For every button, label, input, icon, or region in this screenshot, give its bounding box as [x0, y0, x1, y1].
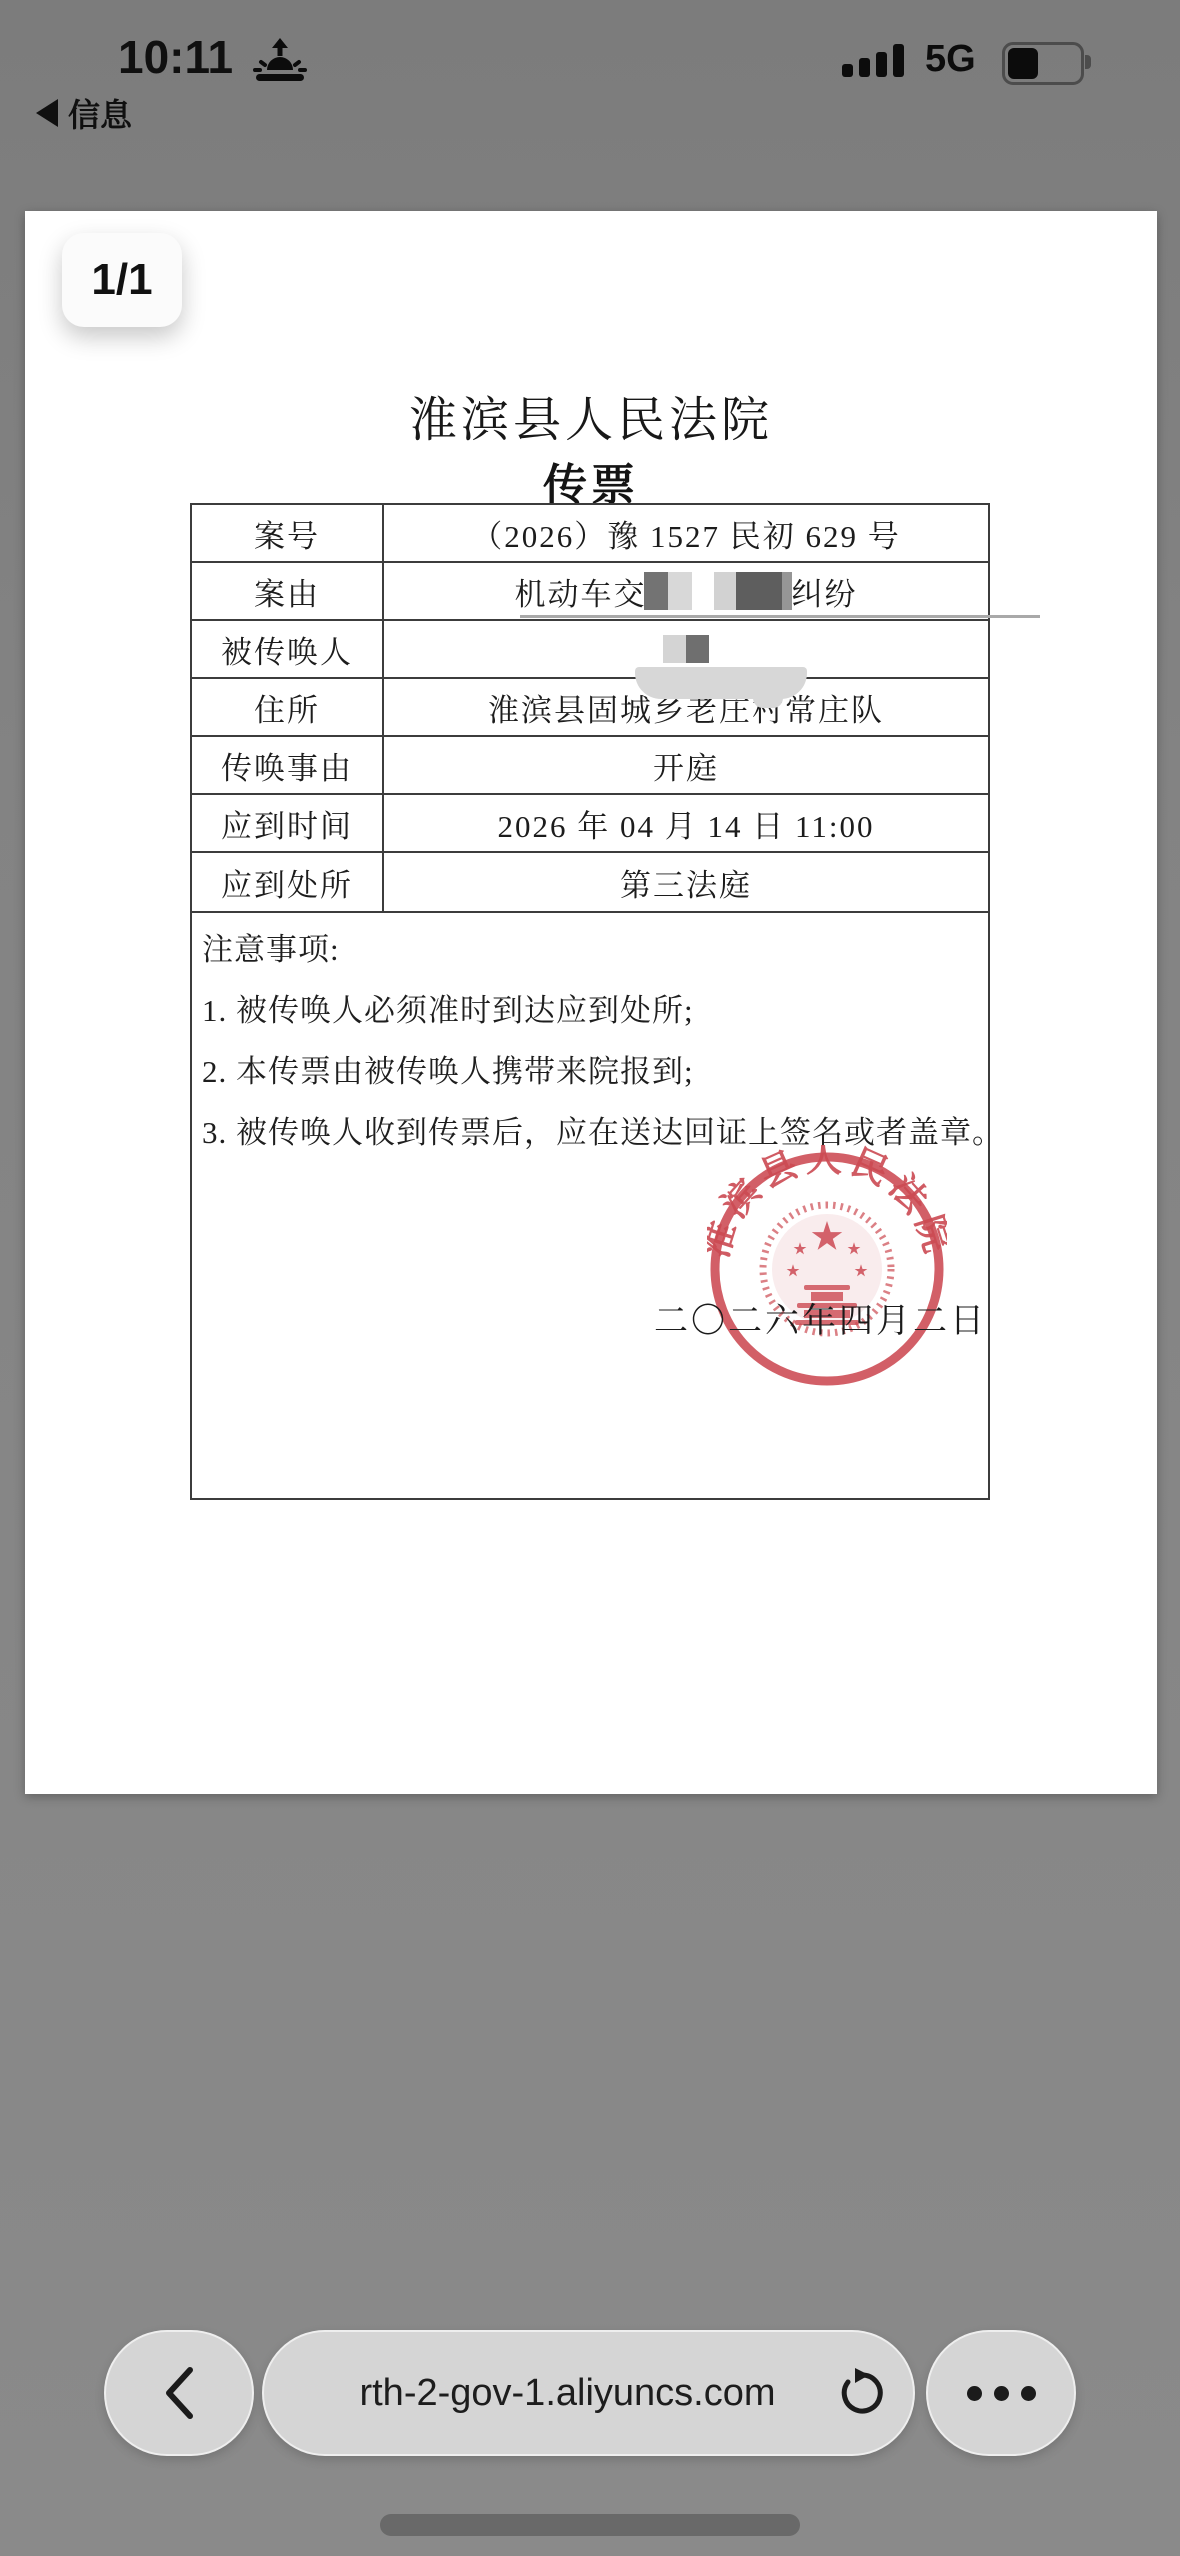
table-row: 应到处所 第三法庭 [192, 853, 988, 911]
notes-item: 2. 本传票由被传唤人携带来院报到; [202, 1041, 974, 1102]
back-to-messages[interactable]: 信息 [36, 90, 132, 136]
notes-heading: 注意事项: [202, 919, 974, 980]
back-app-label: 信息 [68, 90, 132, 136]
redaction-mosaic [663, 635, 709, 663]
row-value: （2026）豫 1527 民初 629 号 [384, 505, 988, 561]
table-row: 案由 机动车交通 纠纷 [192, 563, 988, 621]
summons-table: 案号 （2026）豫 1527 民初 629 号 案由 机动车交通 纠纷 被传唤… [190, 503, 990, 913]
row-value-suffix: 纠纷 [792, 569, 858, 614]
table-row: 住所 淮滨县固城乡老庄村常庄队 [192, 679, 988, 737]
notes-item: 1. 被传唤人必须准时到达应到处所; [202, 980, 974, 1041]
status-time: 10:11 [118, 30, 233, 84]
row-label: 住所 [192, 679, 384, 735]
chevron-left-icon [162, 2365, 196, 2421]
row-label: 案号 [192, 505, 384, 561]
reload-icon[interactable] [837, 2366, 887, 2420]
home-indicator[interactable] [380, 2514, 800, 2536]
battery-icon [1002, 42, 1084, 85]
row-value: 2026 年 04 月 14 日 11:00 [384, 795, 988, 851]
court-seal-stamp: 淮滨县人民法院 [707, 1145, 947, 1398]
table-row: 被传唤人 [192, 621, 988, 679]
url-text: rth-2-gov-1.aliyuncs.com [298, 2372, 837, 2415]
court-name: 淮滨县人民法院 [25, 381, 1157, 450]
document-page[interactable]: 1/1 淮滨县人民法院 传票 案号 （2026）豫 1527 民初 629 号 … [25, 211, 1157, 1794]
ellipsis-icon [967, 2386, 1036, 2401]
phone-screen: 10:11 信息 5G 1/1 淮滨县人民法院 传票 案 [0, 0, 1180, 2556]
browser-back-button[interactable] [104, 2330, 254, 2456]
row-label: 应到时间 [192, 795, 384, 851]
signal-strength-icon [842, 44, 904, 77]
sunrise-alarm-icon [252, 36, 308, 87]
row-label: 案由 [192, 563, 384, 619]
redaction-underline [520, 615, 1040, 618]
row-value-redacted: 机动车交通 纠纷 [384, 563, 988, 619]
page-indicator-badge: 1/1 [62, 233, 182, 327]
table-row: 传唤事由 开庭 [192, 737, 988, 795]
back-triangle-icon [36, 99, 58, 127]
row-label: 传唤事由 [192, 737, 384, 793]
table-row: 案号 （2026）豫 1527 民初 629 号 [192, 505, 988, 563]
redaction-mosaic [644, 571, 792, 611]
issue-date: 二〇二六年四月二日 [585, 1293, 987, 1342]
browser-more-button[interactable] [926, 2330, 1076, 2456]
row-label: 应到处所 [192, 853, 384, 911]
table-row: 应到时间 2026 年 04 月 14 日 11:00 [192, 795, 988, 853]
row-value: 开庭 [384, 737, 988, 793]
network-type: 5G [925, 38, 976, 81]
notes-text: 注意事项: 1. 被传唤人必须准时到达应到处所; 2. 本传票由被传唤人携带来院… [202, 919, 974, 1163]
row-value: 第三法庭 [384, 853, 988, 911]
redaction-blob-tail [753, 694, 783, 708]
address-bar[interactable]: rth-2-gov-1.aliyuncs.com [262, 2330, 915, 2456]
row-label: 被传唤人 [192, 621, 384, 677]
